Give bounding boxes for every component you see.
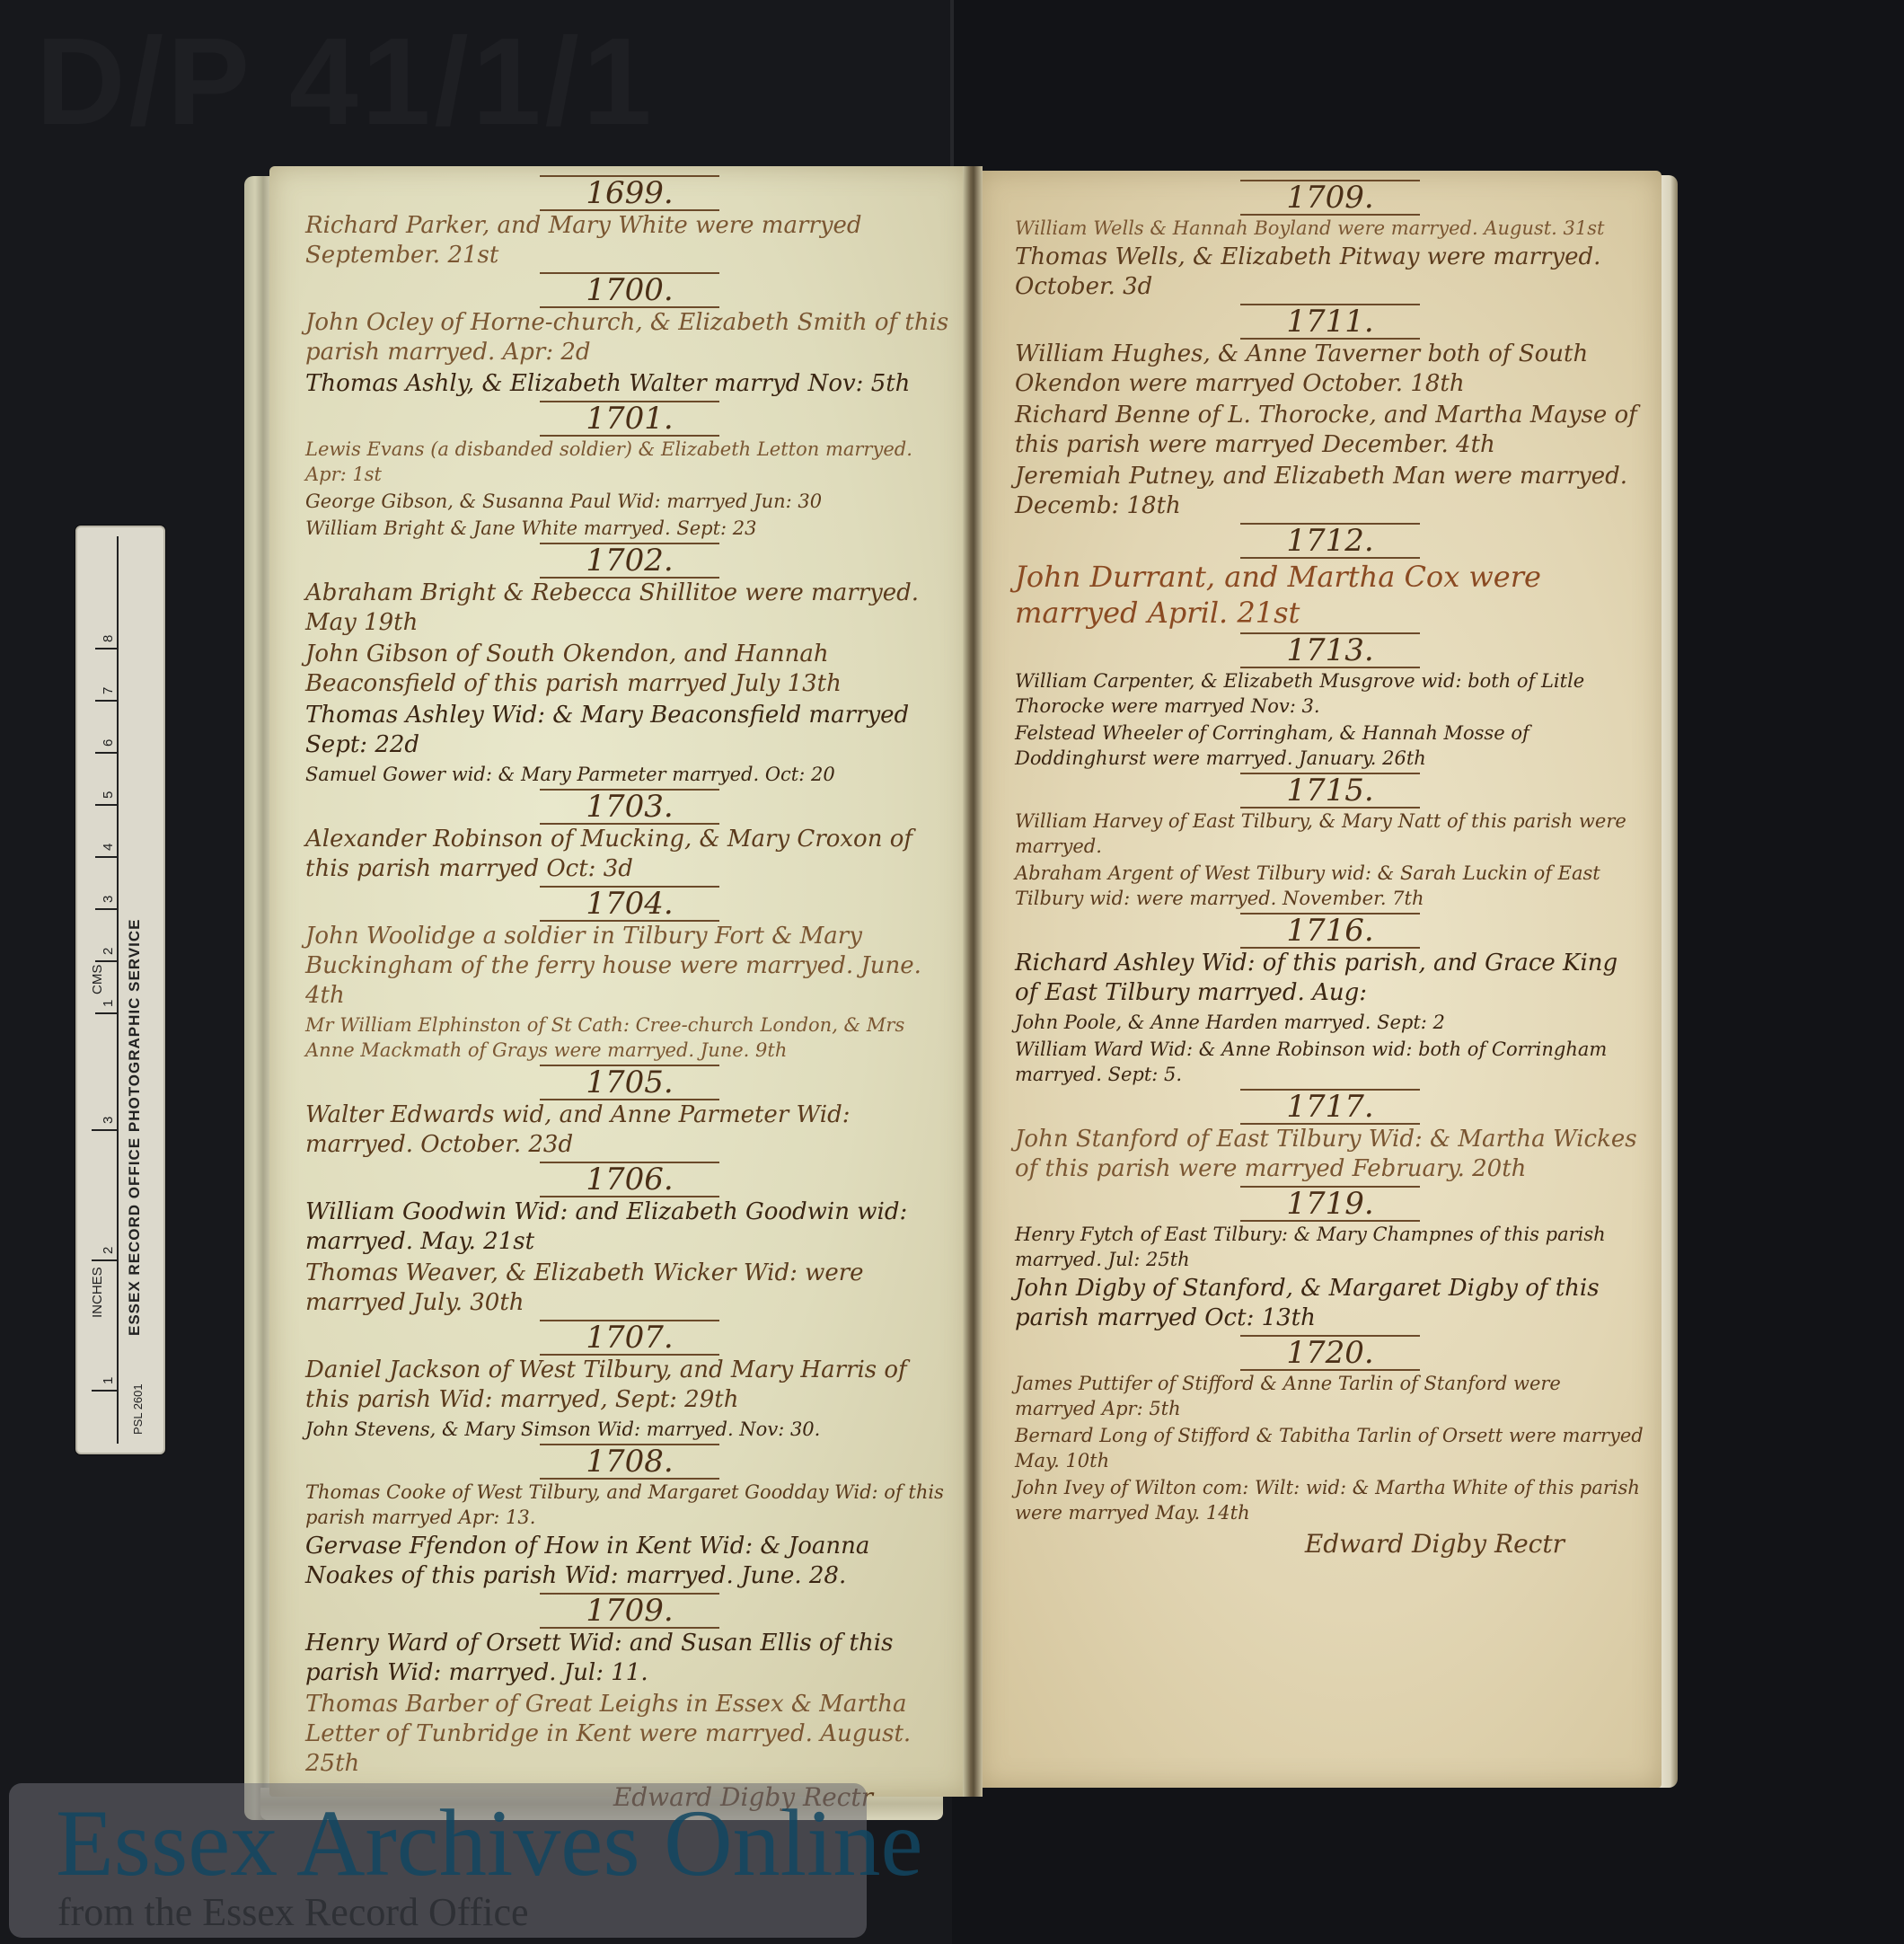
rector-signature: Edward Digby Rectr [1015, 1529, 1645, 1559]
marriage-entry: John Durrant, and Martha Cox were marrye… [1015, 559, 1645, 631]
marriage-entry: Bernard Long of Stifford & Tabitha Tarli… [1015, 1423, 1645, 1473]
marriage-entry: Samuel Gower wid: & Mary Parmeter marrye… [305, 762, 954, 787]
year-heading: 1717. [1015, 1089, 1645, 1125]
marriage-entry: William Bright & Jane White marryed. Sep… [305, 516, 954, 541]
marriage-entry: Walter Edwards wid, and Anne Parmeter Wi… [305, 1100, 954, 1160]
marriage-entry: Henry Ward of Orsett Wid: and Susan Elli… [305, 1629, 954, 1688]
marriage-entry: Thomas Weaver, & Elizabeth Wicker Wid: w… [305, 1259, 954, 1318]
marriage-entry: John Gibson of South Okendon, and Hannah… [305, 640, 954, 699]
ruler-scale-line [117, 536, 119, 1444]
marriage-entry: John Stevens, & Mary Simson Wid: marryed… [305, 1417, 954, 1442]
marriage-entry: Daniel Jackson of West Tilbury, and Mary… [305, 1356, 954, 1415]
right-page: 1709.William Wells & Hannah Boyland were… [979, 171, 1662, 1788]
marriage-entry: Abraham Argent of West Tilbury wid: & Sa… [1015, 861, 1645, 911]
scale-ruler: 12345678123 CMS INCHES PSL 2601 ESSEX RE… [75, 526, 165, 1454]
watermark-subtitle: from the Essex Record Office [57, 1893, 529, 1932]
year-heading: 1704. [305, 886, 954, 922]
year-heading: 1706. [305, 1162, 954, 1197]
marriage-entry: Richard Benne of L. Thorocke, and Martha… [1015, 401, 1645, 460]
ruler-cm-tick [95, 648, 117, 649]
marriage-entry: John Digby of Stanford, & Margaret Digby… [1015, 1274, 1645, 1333]
marriage-entry: Jeremiah Putney, and Elizabeth Man were … [1015, 462, 1645, 521]
document-reference-number: D/P 41/1/1 [36, 20, 656, 144]
ruler-cms-label: CMS [90, 965, 105, 994]
year-heading: 1720. [1015, 1335, 1645, 1371]
ruler-inch-label: 3 [101, 1117, 116, 1124]
year-heading: 1709. [1015, 180, 1645, 216]
marriage-entry: William Harvey of East Tilbury, & Mary N… [1015, 809, 1645, 859]
ruler-cm-label: 3 [101, 896, 116, 903]
watermark-banner: Essex Archives Online from the Essex Rec… [9, 1783, 867, 1938]
year-heading: 1716. [1015, 913, 1645, 949]
marriage-entry: Thomas Cooke of West Tilbury, and Margar… [305, 1480, 954, 1530]
ruler-inches-label: INCHES [90, 1267, 105, 1318]
ruler-cm-tick [95, 752, 117, 754]
ruler-cm-label: 1 [101, 1000, 116, 1007]
marriage-entry: Mr William Elphinston of St Cath: Cree-c… [305, 1012, 954, 1063]
year-heading: 1709. [305, 1593, 954, 1629]
marriage-entry: Richard Ashley Wid: of this parish, and … [1015, 949, 1645, 1008]
ruler-inch-tick [92, 1390, 117, 1392]
ruler-cm-label: 7 [101, 687, 116, 694]
ruler-cm-label: 8 [101, 635, 116, 642]
ruler-code: PSL 2601 [131, 1383, 145, 1435]
ruler-inch-tick [92, 1129, 117, 1131]
marriage-entry: George Gibson, & Susanna Paul Wid: marry… [305, 489, 954, 514]
year-heading: 1703. [305, 789, 954, 825]
ruler-cm-tick [95, 804, 117, 806]
marriage-entry: Lewis Evans (a disbanded soldier) & Eliz… [305, 437, 954, 487]
marriage-entry: William Hughes, & Anne Taverner both of … [1015, 340, 1645, 399]
backdrop-seam [950, 0, 954, 180]
marriage-entry: Abraham Bright & Rebecca Shillitoe were … [305, 579, 954, 638]
ruler-inch-label: 1 [101, 1377, 116, 1384]
year-heading: 1699. [305, 175, 954, 211]
marriage-entry: Felstead Wheeler of Corringham, & Hannah… [1015, 720, 1645, 771]
ruler-cm-tick [95, 856, 117, 858]
ruler-cm-tick [95, 700, 117, 702]
marriage-entry: John Woolidge a soldier in Tilbury Fort … [305, 922, 954, 1011]
year-heading: 1700. [305, 272, 954, 308]
marriage-entry: Alexander Robinson of Mucking, & Mary Cr… [305, 825, 954, 884]
marriage-entry: William Goodwin Wid: and Elizabeth Goodw… [305, 1197, 954, 1257]
year-heading: 1702. [305, 543, 954, 579]
ruler-cm-tick [95, 908, 117, 910]
marriage-entry: John Ocley of Horne-church, & Elizabeth … [305, 308, 954, 367]
left-page-entries: 1699.Richard Parker, and Mary White were… [305, 173, 954, 1812]
right-page-entries: 1709.William Wells & Hannah Boyland were… [1015, 178, 1645, 1559]
book-spine [963, 166, 983, 1797]
year-heading: 1711. [1015, 304, 1645, 340]
ruler-cm-tick [95, 1012, 117, 1014]
marriage-entry: Thomas Ashly, & Elizabeth Walter marryd … [305, 369, 954, 399]
ruler-inch-label: 2 [101, 1247, 116, 1254]
marriage-entry: William Ward Wid: & Anne Robinson wid: b… [1015, 1037, 1645, 1087]
ruler-cm-label: 5 [101, 791, 116, 799]
year-heading: 1712. [1015, 523, 1645, 559]
marriage-entry: James Puttifer of Stifford & Anne Tarlin… [1015, 1371, 1645, 1421]
marriage-entry: John Poole, & Anne Harden marryed. Sept:… [1015, 1010, 1645, 1035]
marriage-entry: Gervase Ffendon of How in Kent Wid: & Jo… [305, 1532, 954, 1591]
ruler-inch-tick [92, 1259, 117, 1261]
marriage-entry: Thomas Ashley Wid: & Mary Beaconsfield m… [305, 701, 954, 760]
marriage-entry: Henry Fytch of East Tilbury: & Mary Cham… [1015, 1222, 1645, 1272]
marriage-entry: William Wells & Hannah Boyland were marr… [1015, 216, 1645, 241]
year-heading: 1707. [305, 1320, 954, 1356]
left-page: 1699.Richard Parker, and Mary White were… [269, 166, 970, 1797]
ruler-service-text: ESSEX RECORD OFFICE PHOTOGRAPHIC SERVICE [126, 919, 144, 1336]
year-heading: 1701. [305, 401, 954, 437]
marriage-entry: Richard Parker, and Mary White were marr… [305, 211, 954, 270]
watermark-title: Essex Archives Online [56, 1796, 923, 1891]
year-heading: 1708. [305, 1444, 954, 1480]
year-heading: 1719. [1015, 1186, 1645, 1222]
year-heading: 1713. [1015, 632, 1645, 668]
marriage-entry: Thomas Barber of Great Leighs in Essex &… [305, 1690, 954, 1779]
marriage-entry: John Ivey of Wilton com: Wilt: wid: & Ma… [1015, 1475, 1645, 1525]
ruler-cm-label: 6 [101, 739, 116, 747]
marriage-entry: John Stanford of East Tilbury Wid: & Mar… [1015, 1125, 1645, 1184]
year-heading: 1705. [305, 1065, 954, 1100]
marriage-entry: William Carpenter, & Elizabeth Musgrove … [1015, 668, 1645, 719]
ruler-cm-label: 2 [101, 948, 116, 955]
ruler-cm-label: 4 [101, 844, 116, 851]
year-heading: 1715. [1015, 773, 1645, 809]
marriage-entry: Thomas Wells, & Elizabeth Pitway were ma… [1015, 243, 1645, 302]
ruler-cm-tick [95, 960, 117, 962]
book-left-edge [244, 176, 271, 1820]
